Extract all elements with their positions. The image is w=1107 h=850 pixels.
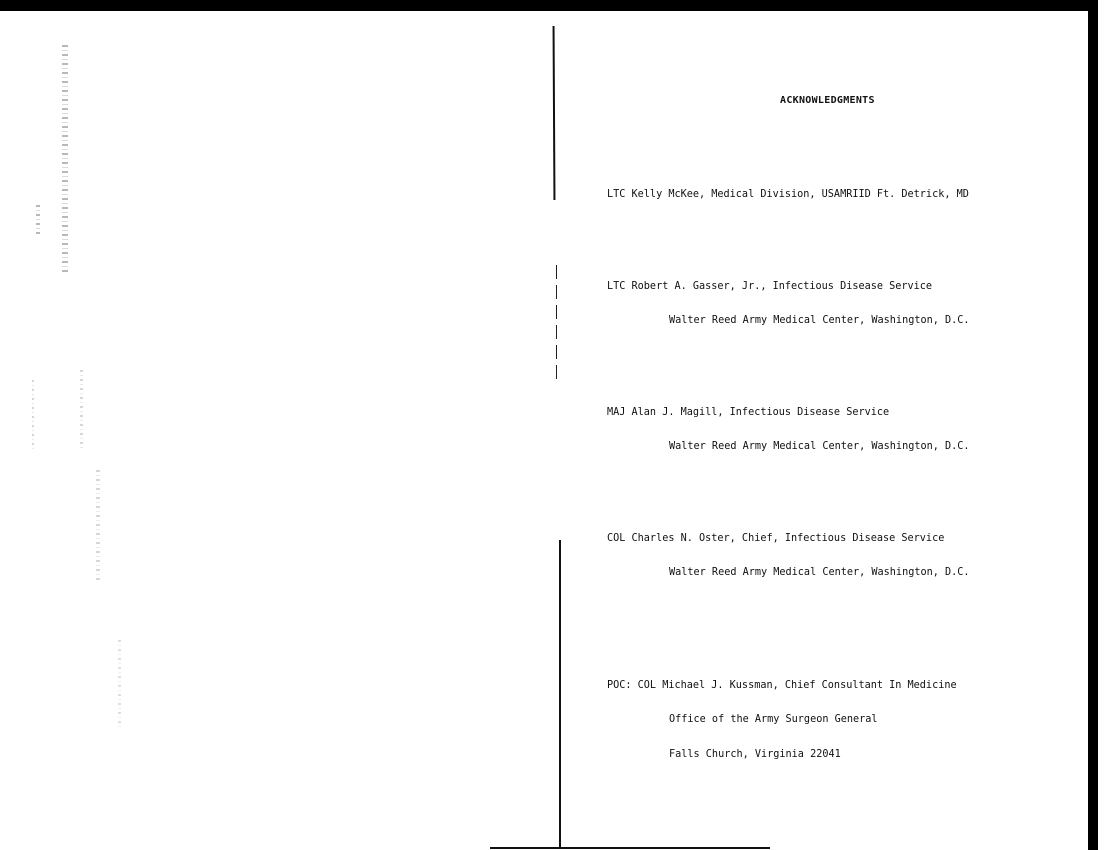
entry-name: LTC Robert A. Gasser, Jr., Infectious Di… bbox=[607, 281, 970, 293]
scan-noise-left-page bbox=[62, 45, 68, 275]
page-title: ACKNOWLEDGMENTS bbox=[780, 95, 875, 106]
scan-top-border bbox=[0, 0, 1098, 11]
scan-noise-left-page bbox=[96, 470, 100, 580]
entry-affiliation: Walter Reed Army Medical Center, Washing… bbox=[607, 315, 970, 327]
scan-right-margin bbox=[1098, 0, 1107, 850]
acknowledgment-entry: COL Charles N. Oster, Chief, Infectious … bbox=[607, 510, 970, 602]
entry-affiliation: Walter Reed Army Medical Center, Washing… bbox=[607, 567, 970, 579]
page-gutter-line bbox=[559, 540, 561, 848]
page-gutter-line bbox=[556, 265, 557, 385]
acknowledgment-entry: MAJ Alan J. Magill, Infectious Disease S… bbox=[607, 384, 970, 476]
scan-right-border bbox=[1088, 0, 1098, 850]
acknowledgment-entry: LTC Robert A. Gasser, Jr., Infectious Di… bbox=[607, 258, 970, 350]
scan-noise-left-page bbox=[80, 370, 83, 450]
scan-noise-left-page bbox=[32, 380, 34, 450]
poc-office: Office of the Army Surgeon General bbox=[607, 714, 970, 726]
entry-name: MAJ Alan J. Magill, Infectious Disease S… bbox=[607, 407, 970, 419]
entry-affiliation: Walter Reed Army Medical Center, Washing… bbox=[607, 441, 970, 453]
scan-bottom-edge bbox=[490, 847, 770, 849]
poc-address: Falls Church, Virginia 22041 bbox=[607, 749, 970, 761]
acknowledgment-entry: LTC Kelly McKee, Medical Division, USAMR… bbox=[607, 166, 970, 224]
entry-name: LTC Kelly McKee, Medical Division, USAMR… bbox=[607, 189, 970, 201]
point-of-contact: POC: COL Michael J. Kussman, Chief Consu… bbox=[607, 657, 970, 784]
scan-noise-left-page bbox=[118, 640, 121, 730]
acknowledgments-list: LTC Kelly McKee, Medical Division, USAMR… bbox=[607, 143, 970, 795]
scan-noise-left-page bbox=[36, 205, 40, 235]
entry-name: COL Charles N. Oster, Chief, Infectious … bbox=[607, 533, 970, 545]
poc-name: POC: COL Michael J. Kussman, Chief Consu… bbox=[607, 680, 970, 692]
page-gutter-line bbox=[553, 26, 556, 200]
